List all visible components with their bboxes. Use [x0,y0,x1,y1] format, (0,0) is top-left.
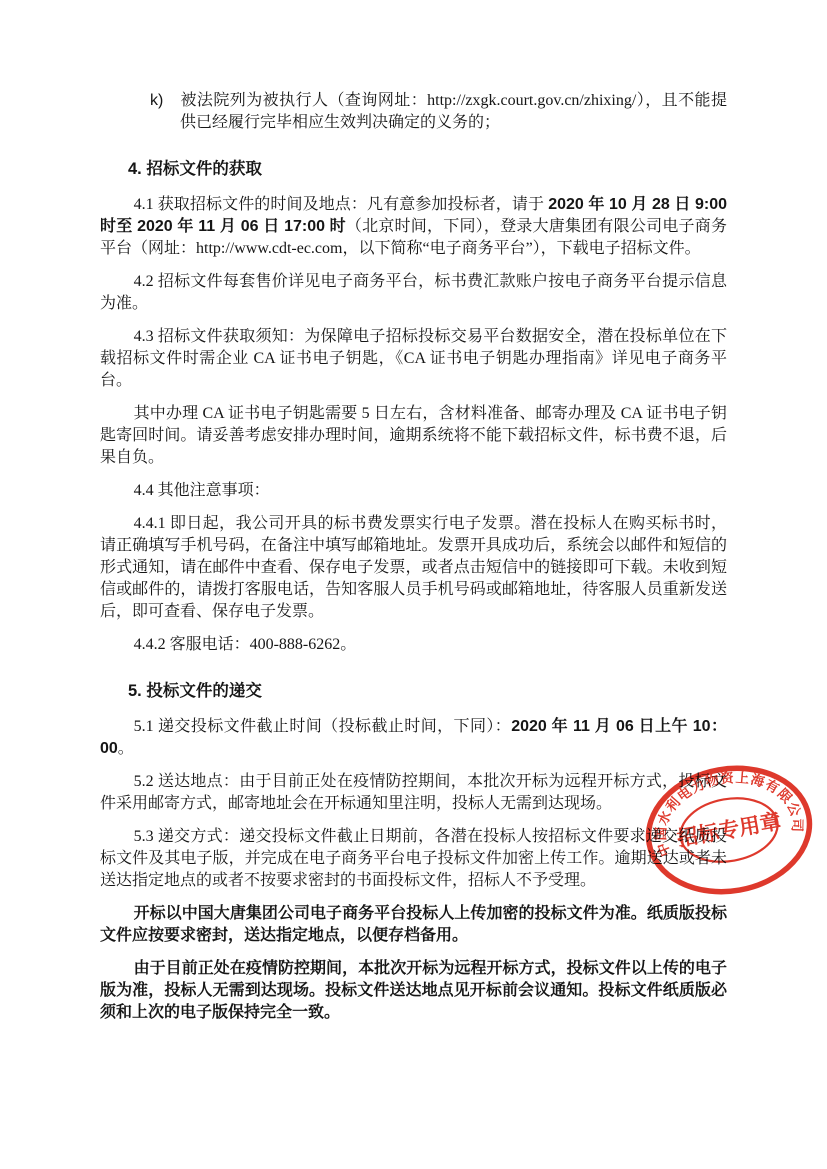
text-segment: 。 [118,740,134,757]
paragraph-ca-key: 其中办理 CA 证书电子钥匙需要 5 日左右，含材料准备、邮寄办理及 CA 证书… [100,403,727,469]
list-item-k: k)被法院列为被执行人（查询网址：http://zxgk.court.gov.c… [150,90,727,134]
paragraph-4-3: 4.3 招标文件获取须知：为保障电子招标投标交易平台数据安全，潜在投标单位在下载… [100,326,727,392]
text-segment: 4.4.1 即日起，我公司开具的标书费发票实行电子发票。潜在投标人在购买标书时，… [100,515,727,620]
text-segment: 4.2 招标文件每套售价详见电子商务平台，标书费汇款账户按电子商务平台提示信息为… [100,273,727,312]
paragraph-4-4-1: 4.4.1 即日起，我公司开具的标书费发票实行电子发票。潜在投标人在购买标书时，… [100,513,727,623]
paragraph-4-2: 4.2 招标文件每套售价详见电子商务平台，标书费汇款账户按电子商务平台提示信息为… [100,271,727,315]
list-item-k-marker: k) [150,90,168,112]
bold-text-segment: 由于目前正处在疫情防控期间，本批次开标为远程开标方式，投标文件以上传的电子版为准… [100,960,727,1021]
paragraph-bold-open-bid: 开标以中国大唐集团公司电子商务平台投标人上传加密的投标文件为准。纸质版投标文件应… [100,903,727,947]
paragraph-4-4: 4.4 其他注意事项： [100,480,727,502]
document-page: k)被法院列为被执行人（查询网址：http://zxgk.court.gov.c… [0,0,827,1169]
paragraph-bold-epidemic: 由于目前正处在疫情防控期间，本批次开标为远程开标方式，投标文件以上传的电子版为准… [100,958,727,1024]
paragraph-5-1: 5.1 递交投标文件截止时间（投标截止时间，下同）：2020 年 11 月 06… [100,716,727,760]
text-segment: 4.4 其他注意事项： [134,482,270,499]
text-segment: 5.3 递交方式：递交投标文件截止日期前，各潜在投标人按招标文件要求递交纸质投标… [100,828,727,889]
section-5-heading: 5. 投标文件的递交 [128,680,727,702]
list-item-k-text: 被法院列为被执行人（查询网址：http://zxgk.court.gov.cn/… [180,92,727,131]
paragraph-5-3: 5.3 递交方式：递交投标文件截止日期前，各潜在投标人按招标文件要求递交纸质投标… [100,826,727,892]
text-segment: 5.1 递交投标文件截止时间（投标截止时间，下同）： [134,718,512,735]
section-4-heading: 4. 招标文件的获取 [128,158,727,180]
text-segment: 4.3 招标文件获取须知：为保障电子招标投标交易平台数据安全，潜在投标单位在下载… [100,328,727,389]
text-segment: 5.2 送达地点：由于目前正处在疫情防控期间，本批次开标为远程开标方式，投标文件… [100,773,727,812]
bold-text-segment: 开标以中国大唐集团公司电子商务平台投标人上传加密的投标文件为准。纸质版投标文件应… [100,905,727,944]
paragraph-4-4-2: 4.4.2 客服电话：400-888-6262。 [100,634,727,656]
paragraph-4-1: 4.1 获取招标文件的时间及地点：凡有意参加投标者，请于 2020 年 10 月… [100,194,727,260]
text-segment: 其中办理 CA 证书电子钥匙需要 5 日左右，含材料准备、邮寄办理及 CA 证书… [100,405,727,466]
paragraph-5-2: 5.2 送达地点：由于目前正处在疫情防控期间，本批次开标为远程开标方式，投标文件… [100,771,727,815]
text-segment: 4.1 获取招标文件的时间及地点：凡有意参加投标者，请于 [134,196,549,213]
text-segment: 4.4.2 客服电话：400-888-6262。 [134,636,357,653]
